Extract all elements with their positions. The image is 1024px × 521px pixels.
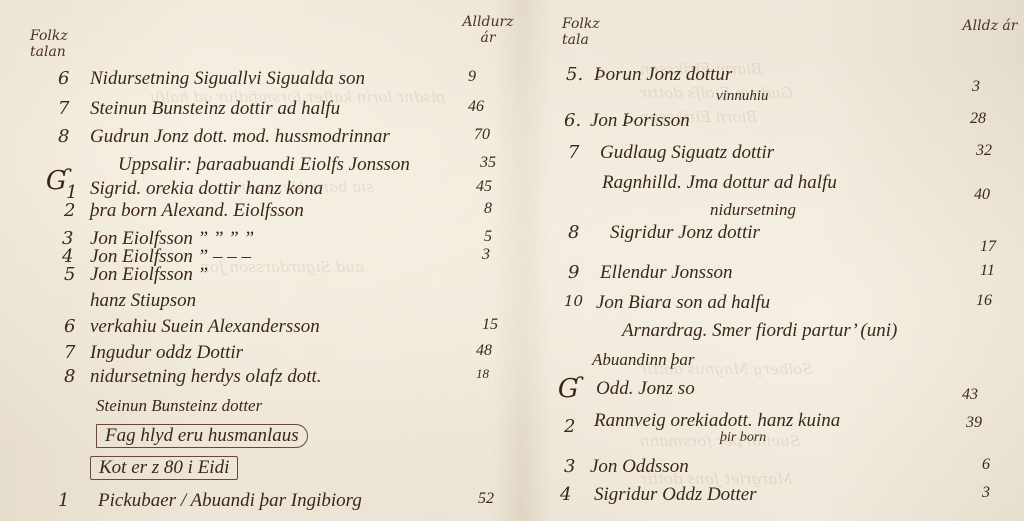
row-number: 10 [564, 292, 583, 310]
age-value: 9 [468, 68, 476, 86]
row-number: 7 [568, 142, 579, 163]
row-number: 8 [58, 126, 69, 147]
row-number: 5 [64, 264, 75, 285]
register-row: 1 Odd. Jonz so 43 [530, 378, 1024, 404]
row-number: 8 [568, 222, 579, 243]
row-number: 2 [64, 200, 75, 221]
farm-heading: Uppsalir: þaraabuandi Eiolfs Jonsson [118, 154, 410, 176]
age-value: 35 [480, 154, 496, 172]
register-row: 2 þra born Alexand. Eiolfsson 8 [0, 200, 512, 226]
register-row: Abuandinn þar [530, 350, 1024, 376]
person-entry: verkahiu Suein Alexandersson [90, 316, 320, 338]
register-row: 8 nidursetning herdys olafz dott. 18 [0, 366, 512, 392]
person-entry: nidursetning [710, 200, 796, 220]
person-entry: Ragnhilld. Jma dottur ad halfu [602, 172, 837, 194]
register-row: hanz Stiupson [0, 290, 512, 316]
register-row: 8 Sigridur Jonz dottir 17 [530, 222, 1024, 248]
age-value: 3 [982, 484, 990, 502]
age-value: 6 [982, 456, 990, 474]
person-entry: þir born [720, 430, 766, 446]
boxed-note: Fag hlyd eru husmanlaus [96, 424, 308, 448]
person-entry: Steinun Bunsteinz dotter [96, 396, 262, 416]
register-row: 6. Jon Þorisson 28 [530, 110, 1024, 136]
person-entry: Sigridur Oddz Dotter [594, 484, 757, 506]
age-value: 43 [962, 386, 978, 404]
register-row: Uppsalir: þaraabuandi Eiolfs Jonsson 35 [0, 154, 512, 180]
person-entry: Ellendur Jonsson [600, 262, 732, 284]
header-age: Alldurz ár [460, 14, 516, 46]
person-entry: Jon Oddsson [590, 456, 689, 478]
header-age: Alldz ár [962, 18, 1018, 34]
register-row: 8 Gudrun Jonz dott. mod. hussmodrinnar 7… [0, 126, 512, 152]
row-number: 4 [560, 484, 571, 505]
header-household-number: Folkz tala [562, 16, 622, 48]
row-number: 7 [64, 342, 75, 363]
register-row: 6 verkahiu Suein Alexandersson 15 [0, 316, 512, 342]
person-entry: Jon Eiolfsson ” [90, 264, 208, 286]
age-value: 3 [482, 246, 490, 264]
register-row: 7 Steinun Bunsteinz dottir ad halfu 46 [0, 98, 512, 124]
row-number: 6. [564, 110, 581, 131]
person-entry: hanz Stiupson [90, 290, 196, 312]
age-value: 70 [474, 126, 490, 144]
person-entry: Jon Þorisson [590, 110, 690, 132]
register-row: 7 Ingudur oddz Dottir 48 [0, 342, 512, 368]
person-entry: vinnuhiu [716, 88, 769, 105]
age-value: 16 [976, 292, 992, 310]
register-row: 6 Nidursetning Siguallvi Sigualda son 9 [0, 68, 512, 94]
row-number: 5. [566, 64, 583, 85]
age-value: 11 [980, 262, 995, 280]
left-page: Folkz talan Alldurz ár 6 Nidursetning Si… [0, 0, 512, 521]
age-value: 18 [476, 366, 489, 382]
person-entry: Rannveig orekiadott. hanz kuina [594, 410, 840, 432]
age-value: 5 [484, 228, 492, 246]
age-value: 45 [476, 178, 492, 196]
register-row: 5 Jon Eiolfsson ” [0, 264, 512, 290]
row-number: 1 [58, 490, 69, 511]
register-row: 4 Sigridur Oddz Dotter 3 [530, 484, 1024, 510]
person-entry: Gudrun Jonz dott. mod. hussmodrinnar [90, 126, 390, 148]
register-row: þir born [530, 430, 1024, 456]
row-number: 7 [58, 98, 69, 119]
person-entry: Gudlaug Siguatz dottir [600, 142, 774, 164]
header-household-number: Folkz talan [30, 28, 90, 60]
row-number: 6 [64, 316, 75, 337]
person-entry: Ingudur oddz Dottir [90, 342, 243, 364]
farm-heading: Abuandinn þar [592, 350, 694, 370]
person-entry: Jon Biara son ad halfu [596, 292, 770, 314]
row-number: 6 [58, 68, 69, 89]
age-value: 15 [482, 316, 498, 334]
age-value: 17 [980, 238, 996, 256]
manuscript-scan: pisdnr lorin kafter forsmfidlur ad halfu… [0, 0, 1024, 521]
farm-heading: Arnardrag. Smer fiordi partur’ (uni) [622, 320, 897, 342]
register-row: 1 Pickubaer / Abuandi þar Ingibiorg 52 [0, 490, 512, 516]
person-entry: Þorun Jonz dottur [594, 64, 732, 86]
person-entry: Sigrid. orekia dottir hanz kona [90, 178, 323, 200]
row-number: 8 [64, 366, 75, 387]
person-entry: Nidursetning Siguallvi Sigualda son [90, 68, 365, 90]
boxed-note: Kot er z 80 i Eidi [90, 456, 238, 480]
register-row: Steinun Bunsteinz dotter [0, 396, 512, 422]
register-row: 5. Þorun Jonz dottur 3 [530, 64, 1024, 90]
farm-heading: Pickubaer / Abuandi þar Ingibiorg [98, 490, 362, 512]
register-row: 9 Ellendur Jonsson 11 [530, 262, 1024, 288]
register-row: 7 Gudlaug Siguatz dottir 32 [530, 142, 1024, 168]
person-entry: nidursetning herdys olafz dott. [90, 366, 322, 388]
age-value: 48 [476, 342, 492, 360]
age-value: 8 [484, 200, 492, 218]
row-number: 3 [564, 456, 575, 477]
person-entry: Sigridur Jonz dottir [610, 222, 760, 244]
age-value: 28 [970, 110, 986, 128]
row-number: 9 [568, 262, 579, 283]
person-entry: Odd. Jonz so [596, 378, 695, 400]
age-value: 46 [468, 98, 484, 116]
right-page: Folkz tala Alldz ár 5. Þorun Jonz dottur… [530, 0, 1024, 521]
person-entry: Steinun Bunsteinz dottir ad halfu [90, 98, 340, 120]
register-row: 3 Jon Oddsson 6 [530, 456, 1024, 482]
register-row: Arnardrag. Smer fiordi partur’ (uni) [530, 320, 1024, 346]
age-value: 32 [976, 142, 992, 160]
person-entry: þra born Alexand. Eiolfsson [90, 200, 304, 222]
register-row: Ragnhilld. Jma dottur ad halfu 40 [530, 172, 1024, 198]
register-row: 10 Jon Biara son ad halfu 16 [530, 292, 1024, 318]
age-value: 52 [478, 490, 494, 508]
